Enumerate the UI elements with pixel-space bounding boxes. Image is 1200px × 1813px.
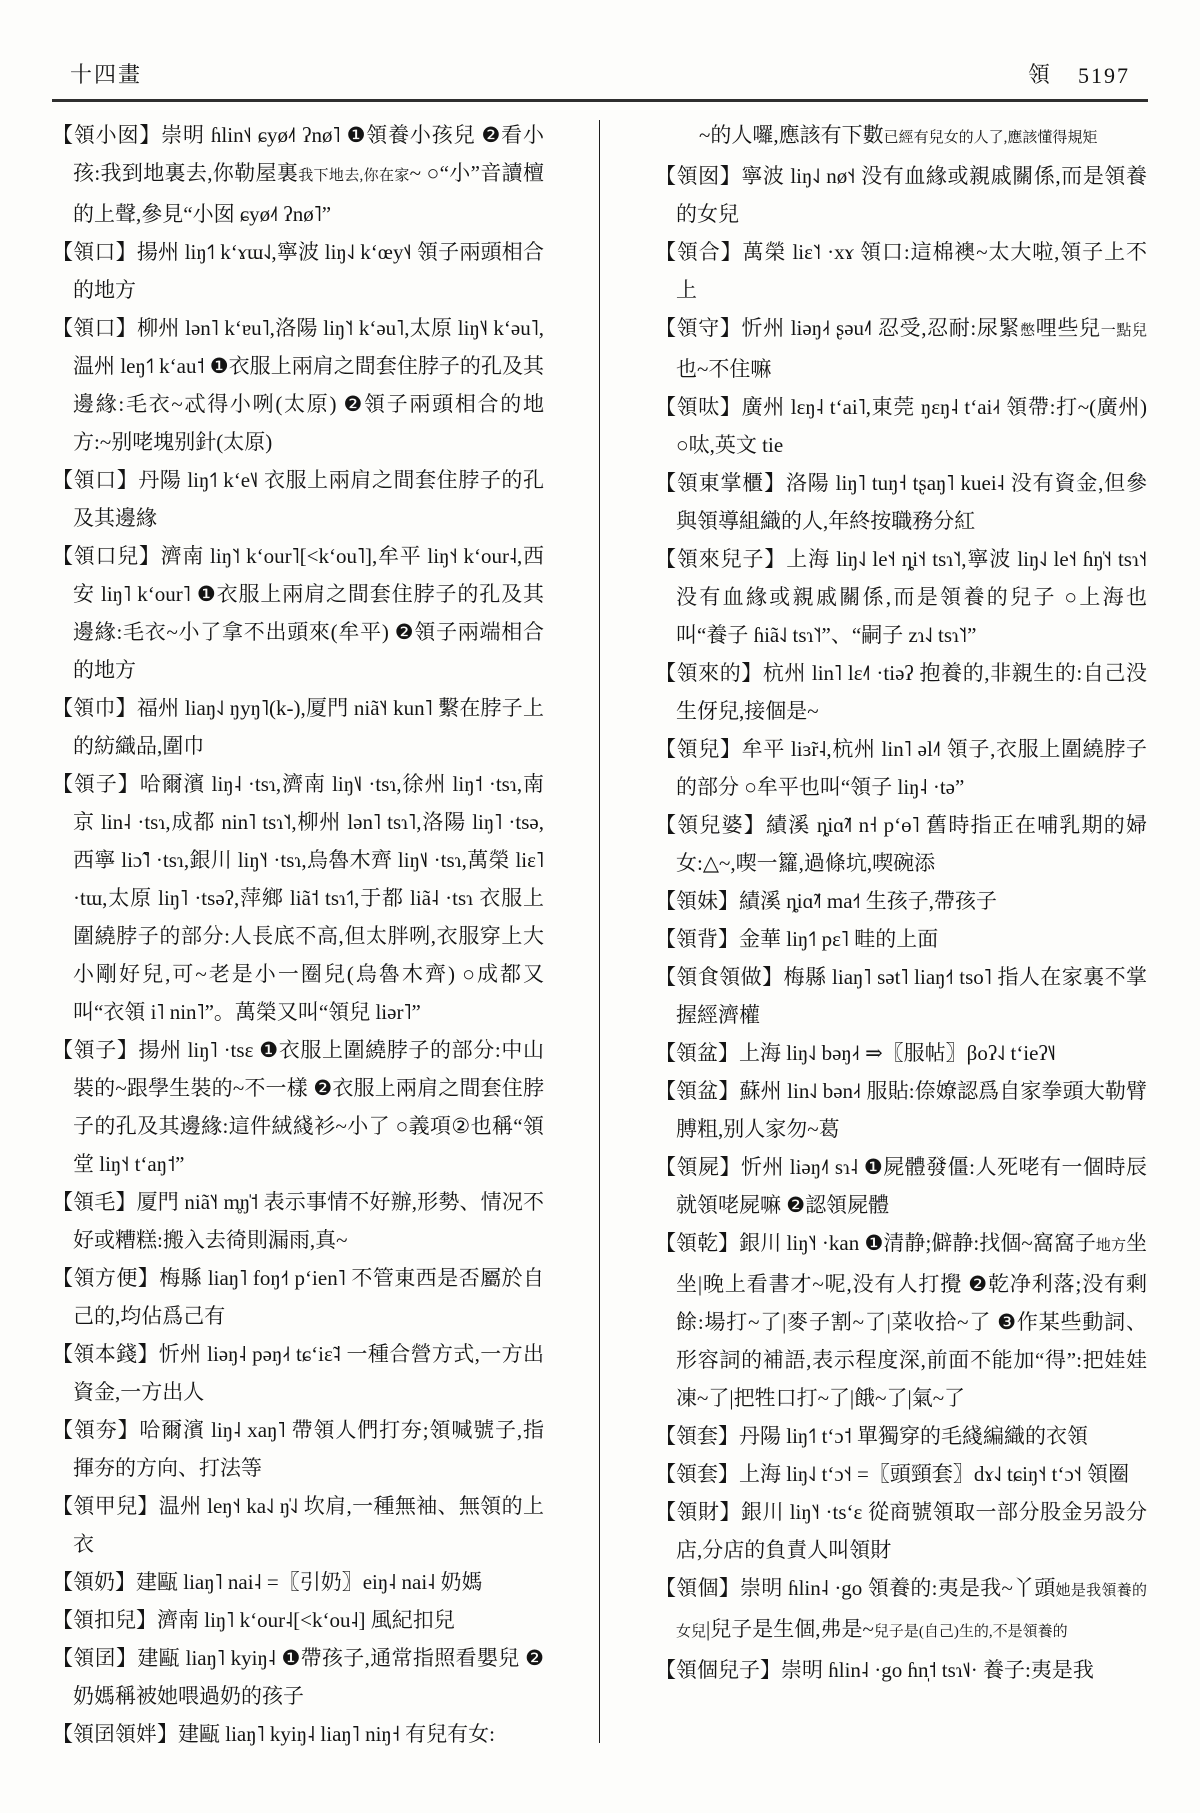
dict-entry-continuation: ~的人囉,應該有下數已經有兒女的人了,應該懂得規矩 xyxy=(655,116,1147,157)
entry-text-segment: 我下地去,你在家 xyxy=(298,168,409,184)
dict-entry: 【領個兒子】崇明 ɦlin˨ ·go ɦn̩˦ tsɿ˦˩· 養子:夷是我 xyxy=(655,1651,1147,1689)
dict-entry: 【領毛】厦門 niã˥˧ m̥ŋ̍˦ 表示事情不好辦,形勢、情况不好或糟糕:搬入… xyxy=(52,1183,544,1259)
dict-entry: 【領小囡】崇明 ɦlin˦˨ ɕyø˨˦ ʔnø˥ ❶領養小孩兒 ❷看小孩:我到… xyxy=(52,116,544,233)
dict-entry: 【領合】萬榮 liɛ˥˦ ·xɤ 領口:這棉襖~太大啦,領子上不上 xyxy=(655,233,1147,309)
dict-entry: 【領本錢】忻州 liəŋ˨ pəŋ˨˧ tɕʻiɛ̃˨ 一種合營方式,一方出資金… xyxy=(52,1335,544,1411)
entry-text-segment: 哩些兒 xyxy=(1036,316,1101,340)
dict-entry: 【領口】丹陽 liŋ˦˥ kʻe˥˩ 衣服上兩肩之間套住脖子的孔及其邊緣 xyxy=(52,461,544,537)
entry-text-segment: |兒子是生個,弗是~ xyxy=(706,1617,874,1641)
stroke-section-label: 十四畫 xyxy=(70,58,142,89)
entry-text-segment: 【領囡】寧波 liŋ˨˩ nø˦˧ 没有血緣或親戚關係,而是領養的女兒 xyxy=(655,164,1147,226)
dict-entry: 【領套】上海 liŋ˨˩ tʻɔ˦˧ =〖頭頸套〗dɤ˨˩ tɕiŋ˦˧ tʻɔ… xyxy=(655,1455,1147,1493)
entry-text-segment: 也~不住嘛 xyxy=(676,357,771,381)
entry-text-segment: 【領口】丹陽 liŋ˦˥ kʻe˥˩ 衣服上兩肩之間套住脖子的孔及其邊緣 xyxy=(52,468,544,530)
dict-entry: 【領奶】建甌 liaŋ˥ nai˨ =〖引奶〗eiŋ˨ nai˨ 奶媽 xyxy=(52,1563,544,1601)
dict-entry: 【領屍】忻州 liəŋ˨˥ sɿ˨ ❶屍體發僵:人死咾有一個時辰就領咾屍嘛 ❷認… xyxy=(655,1148,1147,1224)
entry-text-segment: 【領巾】福州 liaŋ˨˩ ŋyŋ˥(k-),厦門 niã˥˧ kun˥ 繫在脖… xyxy=(52,696,544,758)
dict-entry: 【領子】哈爾濱 liŋ˨ ·tsɿ,濟南 liŋ˥˩ ·tsɿ,徐州 liŋ˦ … xyxy=(52,765,544,1031)
dict-entry: 【領呔】廣州 lɛŋ˨ tʻai˥,東莞 ŋɛŋ˨ tʻai˨˧ 領帶:打~(廣… xyxy=(655,388,1147,464)
entry-text-segment: 【領囝領姅】建甌 liaŋ˥ kyiŋ˨ liaŋ˥ niŋ˧ 有兒有女: xyxy=(52,1722,495,1746)
entry-text-segment: 【領食領做】梅縣 liaŋ˥ sət˥ liaŋ˧˦ tso˥ 指人在家裏不掌握… xyxy=(655,965,1147,1027)
entry-text-segment: 【領口兒】濟南 liŋ˥˦ kʻour˥[<kʻou˥],牟平 liŋ˦˧ kʻ… xyxy=(52,544,544,682)
dict-entry: 【領守】忻州 liəŋ˨˧ ʂəu˨˥ 忍受,忍耐:尿緊憋哩些兒一點兒也~不住嘛 xyxy=(655,309,1147,388)
dict-entry: 【領套】丹陽 liŋ˦˥ tʻɔ˦ 單獨穿的毛綫編織的衣領 xyxy=(655,1417,1147,1455)
entry-text-segment: 已經有兒女的人了,應該懂得規矩 xyxy=(884,130,1098,146)
entry-text-segment: 【領東掌櫃】洛陽 liŋ˥ tuŋ˧ tʂaŋ˥ kuei˨ 没有資金,但參與領… xyxy=(655,471,1147,533)
entry-text-segment: 【領來的】杭州 lin˥ lɛ˨˥ ·tiəʔ 抱養的,非親生的:自己没生伢兒,… xyxy=(655,661,1147,723)
dict-entry: 【領兒婆】績溪 ȵiɑ̃˨˥ n˧ pʻɵ˥ 舊時指正在哺乳期的婦女:△~,喫一… xyxy=(655,806,1147,882)
entry-text-segment: 【領本錢】忻州 liəŋ˨ pəŋ˨˧ tɕʻiɛ̃˨ 一種合營方式,一方出資金… xyxy=(52,1342,544,1404)
entry-text-segment: 一點兒 xyxy=(1101,323,1147,339)
dict-entry: 【領盆】蘇州 lin˨˩ bən˨˧ 服貼:倷嫽認爲自家拳頭大勒臂膊粗,别人家勿… xyxy=(655,1072,1147,1148)
entry-text-segment: 【領盆】蘇州 lin˨˩ bən˨˧ 服貼:倷嫽認爲自家拳頭大勒臂膊粗,别人家勿… xyxy=(655,1079,1147,1141)
entry-text-segment: 【領呔】廣州 lɛŋ˨ tʻai˥,東莞 ŋɛŋ˨ tʻai˨˧ 領帶:打~(廣… xyxy=(655,395,1147,457)
entry-text-segment: 【領妹】績溪 ȵiɑ̃˨˥ ma˧˦ 生孩子,帶孩子 xyxy=(655,889,997,913)
entry-text-segment: 【領兒婆】績溪 ȵiɑ̃˨˥ n˧ pʻɵ˥ 舊時指正在哺乳期的婦女:△~,喫一… xyxy=(655,813,1147,875)
dict-entry: 【領乾】銀川 liŋ˥˧ ·kan ❶清静;僻静:找個~窩窩子地方坐坐|晚上看書… xyxy=(655,1224,1147,1417)
right-column: ~的人囉,應該有下數已經有兒女的人了,應該懂得規矩【領囡】寧波 liŋ˨˩ nø… xyxy=(655,116,1147,1753)
column-divider xyxy=(599,120,600,1743)
dict-entry: 【領食領做】梅縣 liaŋ˥ sət˥ liaŋ˧˦ tso˥ 指人在家裏不掌握… xyxy=(655,958,1147,1034)
entry-text-segment: 【領乾】銀川 liŋ˥˧ ·kan ❶清静;僻静:找個~窩窩子 xyxy=(655,1231,1096,1255)
dict-entry: 【領甲兒】温州 leŋ˦˧ ka˨˩ ŋ̍˨˩ 坎肩,一種無袖、無領的上衣 xyxy=(52,1487,544,1563)
dict-entry: 【領財】銀川 liŋ˥˧ ·tsʻɛ 從商號領取一部分股金另設分店,分店的負責人… xyxy=(655,1493,1147,1569)
entry-text-segment: 【領兒】牟平 liɜ̃r˨,杭州 lin˥ əl˨˥ 領子,衣服上圍繞脖子的部分… xyxy=(655,737,1147,799)
dict-entry: 【領子】揚州 liŋ˥ ·tsɛ ❶衣服上圍繞脖子的部分:中山裝的~跟學生裝的~… xyxy=(52,1031,544,1183)
head-entry-character: 領 xyxy=(1028,58,1052,89)
entry-text-segment: 【領扣兒】濟南 liŋ˥ kʻour˨[<kʻou˨] 風紀扣兒 xyxy=(52,1608,455,1632)
running-head: 十四畫 領 5197 xyxy=(52,0,1148,99)
dict-entry: 【領扣兒】濟南 liŋ˥ kʻour˨[<kʻou˨] 風紀扣兒 xyxy=(52,1601,544,1639)
dict-entry: 【領妹】績溪 ȵiɑ̃˨˥ ma˧˦ 生孩子,帶孩子 xyxy=(655,882,1147,920)
dict-entry: 【領囝領姅】建甌 liaŋ˥ kyiŋ˨ liaŋ˥ niŋ˧ 有兒有女: xyxy=(52,1715,544,1753)
page-number: 5197 xyxy=(1078,63,1130,89)
dict-entry: 【領個】崇明 ɦlin˨ ·go 領養的:夷是我~丫頭她是我領養的女兒|兒子是生… xyxy=(655,1569,1147,1651)
dict-entry: 【領囝】建甌 liaŋ˥ kyiŋ˨ ❶帶孩子,通常指照看嬰兒 ❷奶媽稱被她喂過… xyxy=(52,1639,544,1715)
dict-entry: 【領囡】寧波 liŋ˨˩ nø˦˧ 没有血緣或親戚關係,而是領養的女兒 xyxy=(655,157,1147,233)
dict-entry: 【領盆】上海 liŋ˨˩ bəŋ˨˧ ⇒〖服帖〗βoʔ˨˩ tʻieʔ˥˩ xyxy=(655,1034,1147,1072)
entry-text-segment: 【領毛】厦門 niã˥˧ m̥ŋ̍˦ 表示事情不好辦,形勢、情况不好或糟糕:搬入… xyxy=(52,1190,544,1252)
entry-text-segment: 【領夯】哈爾濱 liŋ˨ xaŋ˥ 帶領人們打夯;領喊號子,指揮夯的方向、打法等 xyxy=(52,1418,544,1480)
dict-entry: 【領口】揚州 liŋ˦˥ kʻɤɯ˨˩,寧波 liŋ˨˩ kʻœy˦˨ 領子兩頭… xyxy=(52,233,544,309)
entry-text-segment: 【領子】揚州 liŋ˥ ·tsɛ ❶衣服上圍繞脖子的部分:中山裝的~跟學生裝的~… xyxy=(52,1038,544,1176)
entry-text-segment: 【領合】萬榮 liɛ˥˦ ·xɤ 領口:這棉襖~太大啦,領子上不上 xyxy=(655,240,1147,302)
entry-text-segment: 【領甲兒】温州 leŋ˦˧ ka˨˩ ŋ̍˨˩ 坎肩,一種無袖、無領的上衣 xyxy=(52,1494,544,1556)
running-head-right: 領 5197 xyxy=(1028,58,1130,89)
entry-text-segment: 【領子】哈爾濱 liŋ˨ ·tsɿ,濟南 liŋ˥˩ ·tsɿ,徐州 liŋ˦ … xyxy=(52,772,544,1024)
entry-text-segment: 【領口】柳州 lən˥ kʻɐu˥,洛陽 liŋ˥˦ kʻəu˥,太原 liŋ˥… xyxy=(52,316,544,454)
entry-text-segment: 兒子是(自己)生的,不是領養的 xyxy=(874,1624,1068,1640)
dict-entry: 【領東掌櫃】洛陽 liŋ˥ tuŋ˧ tʂaŋ˥ kuei˨ 没有資金,但參與領… xyxy=(655,464,1147,540)
dictionary-page: 十四畫 領 5197 【領小囡】崇明 ɦlin˦˨ ɕyø˨˦ ʔnø˥ ❶領養… xyxy=(0,0,1200,1813)
entry-text-segment: 【領套】上海 liŋ˨˩ tʻɔ˦˧ =〖頭頸套〗dɤ˨˩ tɕiŋ˦˧ tʻɔ… xyxy=(655,1462,1129,1486)
entry-text-segment: 坐坐|晚上看書才~呢,没有人打攪 ❷乾净利落;没有剩餘:場打~了|麥子割~了|菜… xyxy=(676,1231,1147,1410)
entry-text-segment: 【領方便】梅縣 liaŋ˥ foŋ˧˦ pʻien˥ 不管東西是否屬於自己的,均… xyxy=(52,1266,544,1328)
page-content: 【領小囡】崇明 ɦlin˦˨ ɕyø˨˦ ʔnø˥ ❶領養小孩兒 ❷看小孩:我到… xyxy=(52,116,1148,1753)
entry-text-segment: 【領財】銀川 liŋ˥˧ ·tsʻɛ 從商號領取一部分股金另設分店,分店的負責人… xyxy=(655,1500,1147,1562)
left-column: 【領小囡】崇明 ɦlin˦˨ ɕyø˨˦ ʔnø˥ ❶領養小孩兒 ❷看小孩:我到… xyxy=(52,116,544,1753)
entry-text-segment: 憋 xyxy=(1020,323,1036,339)
entry-text-segment: 【領盆】上海 liŋ˨˩ bəŋ˨˧ ⇒〖服帖〗βoʔ˨˩ tʻieʔ˥˩ xyxy=(655,1041,1056,1065)
dict-entry: 【領背】金華 liŋ˦˥ pɛ˥ 畦的上面 xyxy=(655,920,1147,958)
entry-text-segment: 【領囝】建甌 liaŋ˥ kyiŋ˨ ❶帶孩子,通常指照看嬰兒 ❷奶媽稱被她喂過… xyxy=(52,1646,544,1708)
entry-text-segment: 地方 xyxy=(1096,1238,1126,1254)
entry-text-segment: 【領背】金華 liŋ˦˥ pɛ˥ 畦的上面 xyxy=(655,927,938,951)
entry-text-segment: 【領奶】建甌 liaŋ˥ nai˨ =〖引奶〗eiŋ˨ nai˨ 奶媽 xyxy=(52,1570,482,1594)
dict-entry: 【領夯】哈爾濱 liŋ˨ xaŋ˥ 帶領人們打夯;領喊號子,指揮夯的方向、打法等 xyxy=(52,1411,544,1487)
entry-text-segment: 【領個兒子】崇明 ɦlin˨ ·go ɦn̩˦ tsɿ˦˩· 養子:夷是我 xyxy=(655,1658,1094,1682)
header-rule xyxy=(52,99,1148,102)
entry-text-segment: 【領來兒子】上海 liŋ˨˩ le˦˧ ȵi˦˧ tsɿ˥˦,寧波 liŋ˨˩ … xyxy=(655,547,1147,647)
entry-text-segment: ~的人囉,應該有下數 xyxy=(699,123,884,147)
dict-entry: 【領來兒子】上海 liŋ˨˩ le˦˧ ȵi˦˧ tsɿ˥˦,寧波 liŋ˨˩ … xyxy=(655,540,1147,654)
entry-text-segment: 【領套】丹陽 liŋ˦˥ tʻɔ˦ 單獨穿的毛綫編織的衣領 xyxy=(655,1424,1088,1448)
dict-entry: 【領巾】福州 liaŋ˨˩ ŋyŋ˥(k-),厦門 niã˥˧ kun˥ 繫在脖… xyxy=(52,689,544,765)
dict-entry: 【領口】柳州 lən˥ kʻɐu˥,洛陽 liŋ˥˦ kʻəu˥,太原 liŋ˥… xyxy=(52,309,544,461)
dict-entry: 【領來的】杭州 lin˥ lɛ˨˥ ·tiəʔ 抱養的,非親生的:自己没生伢兒,… xyxy=(655,654,1147,730)
dict-entry: 【領方便】梅縣 liaŋ˥ foŋ˧˦ pʻien˥ 不管東西是否屬於自己的,均… xyxy=(52,1259,544,1335)
entry-text-segment: 【領口】揚州 liŋ˦˥ kʻɤɯ˨˩,寧波 liŋ˨˩ kʻœy˦˨ 領子兩頭… xyxy=(52,240,544,302)
entry-text-segment: 【領守】忻州 liəŋ˨˧ ʂəu˨˥ 忍受,忍耐:尿緊 xyxy=(655,316,1020,340)
entry-text-segment: 【領屍】忻州 liəŋ˨˥ sɿ˨ ❶屍體發僵:人死咾有一個時辰就領咾屍嘛 ❷認… xyxy=(655,1155,1147,1217)
dict-entry: 【領兒】牟平 liɜ̃r˨,杭州 lin˥ əl˨˥ 領子,衣服上圍繞脖子的部分… xyxy=(655,730,1147,806)
dict-entry: 【領口兒】濟南 liŋ˥˦ kʻour˥[<kʻou˥],牟平 liŋ˦˧ kʻ… xyxy=(52,537,544,689)
entry-text-segment: 【領個】崇明 ɦlin˨ ·go 領養的:夷是我~丫頭 xyxy=(655,1576,1056,1600)
